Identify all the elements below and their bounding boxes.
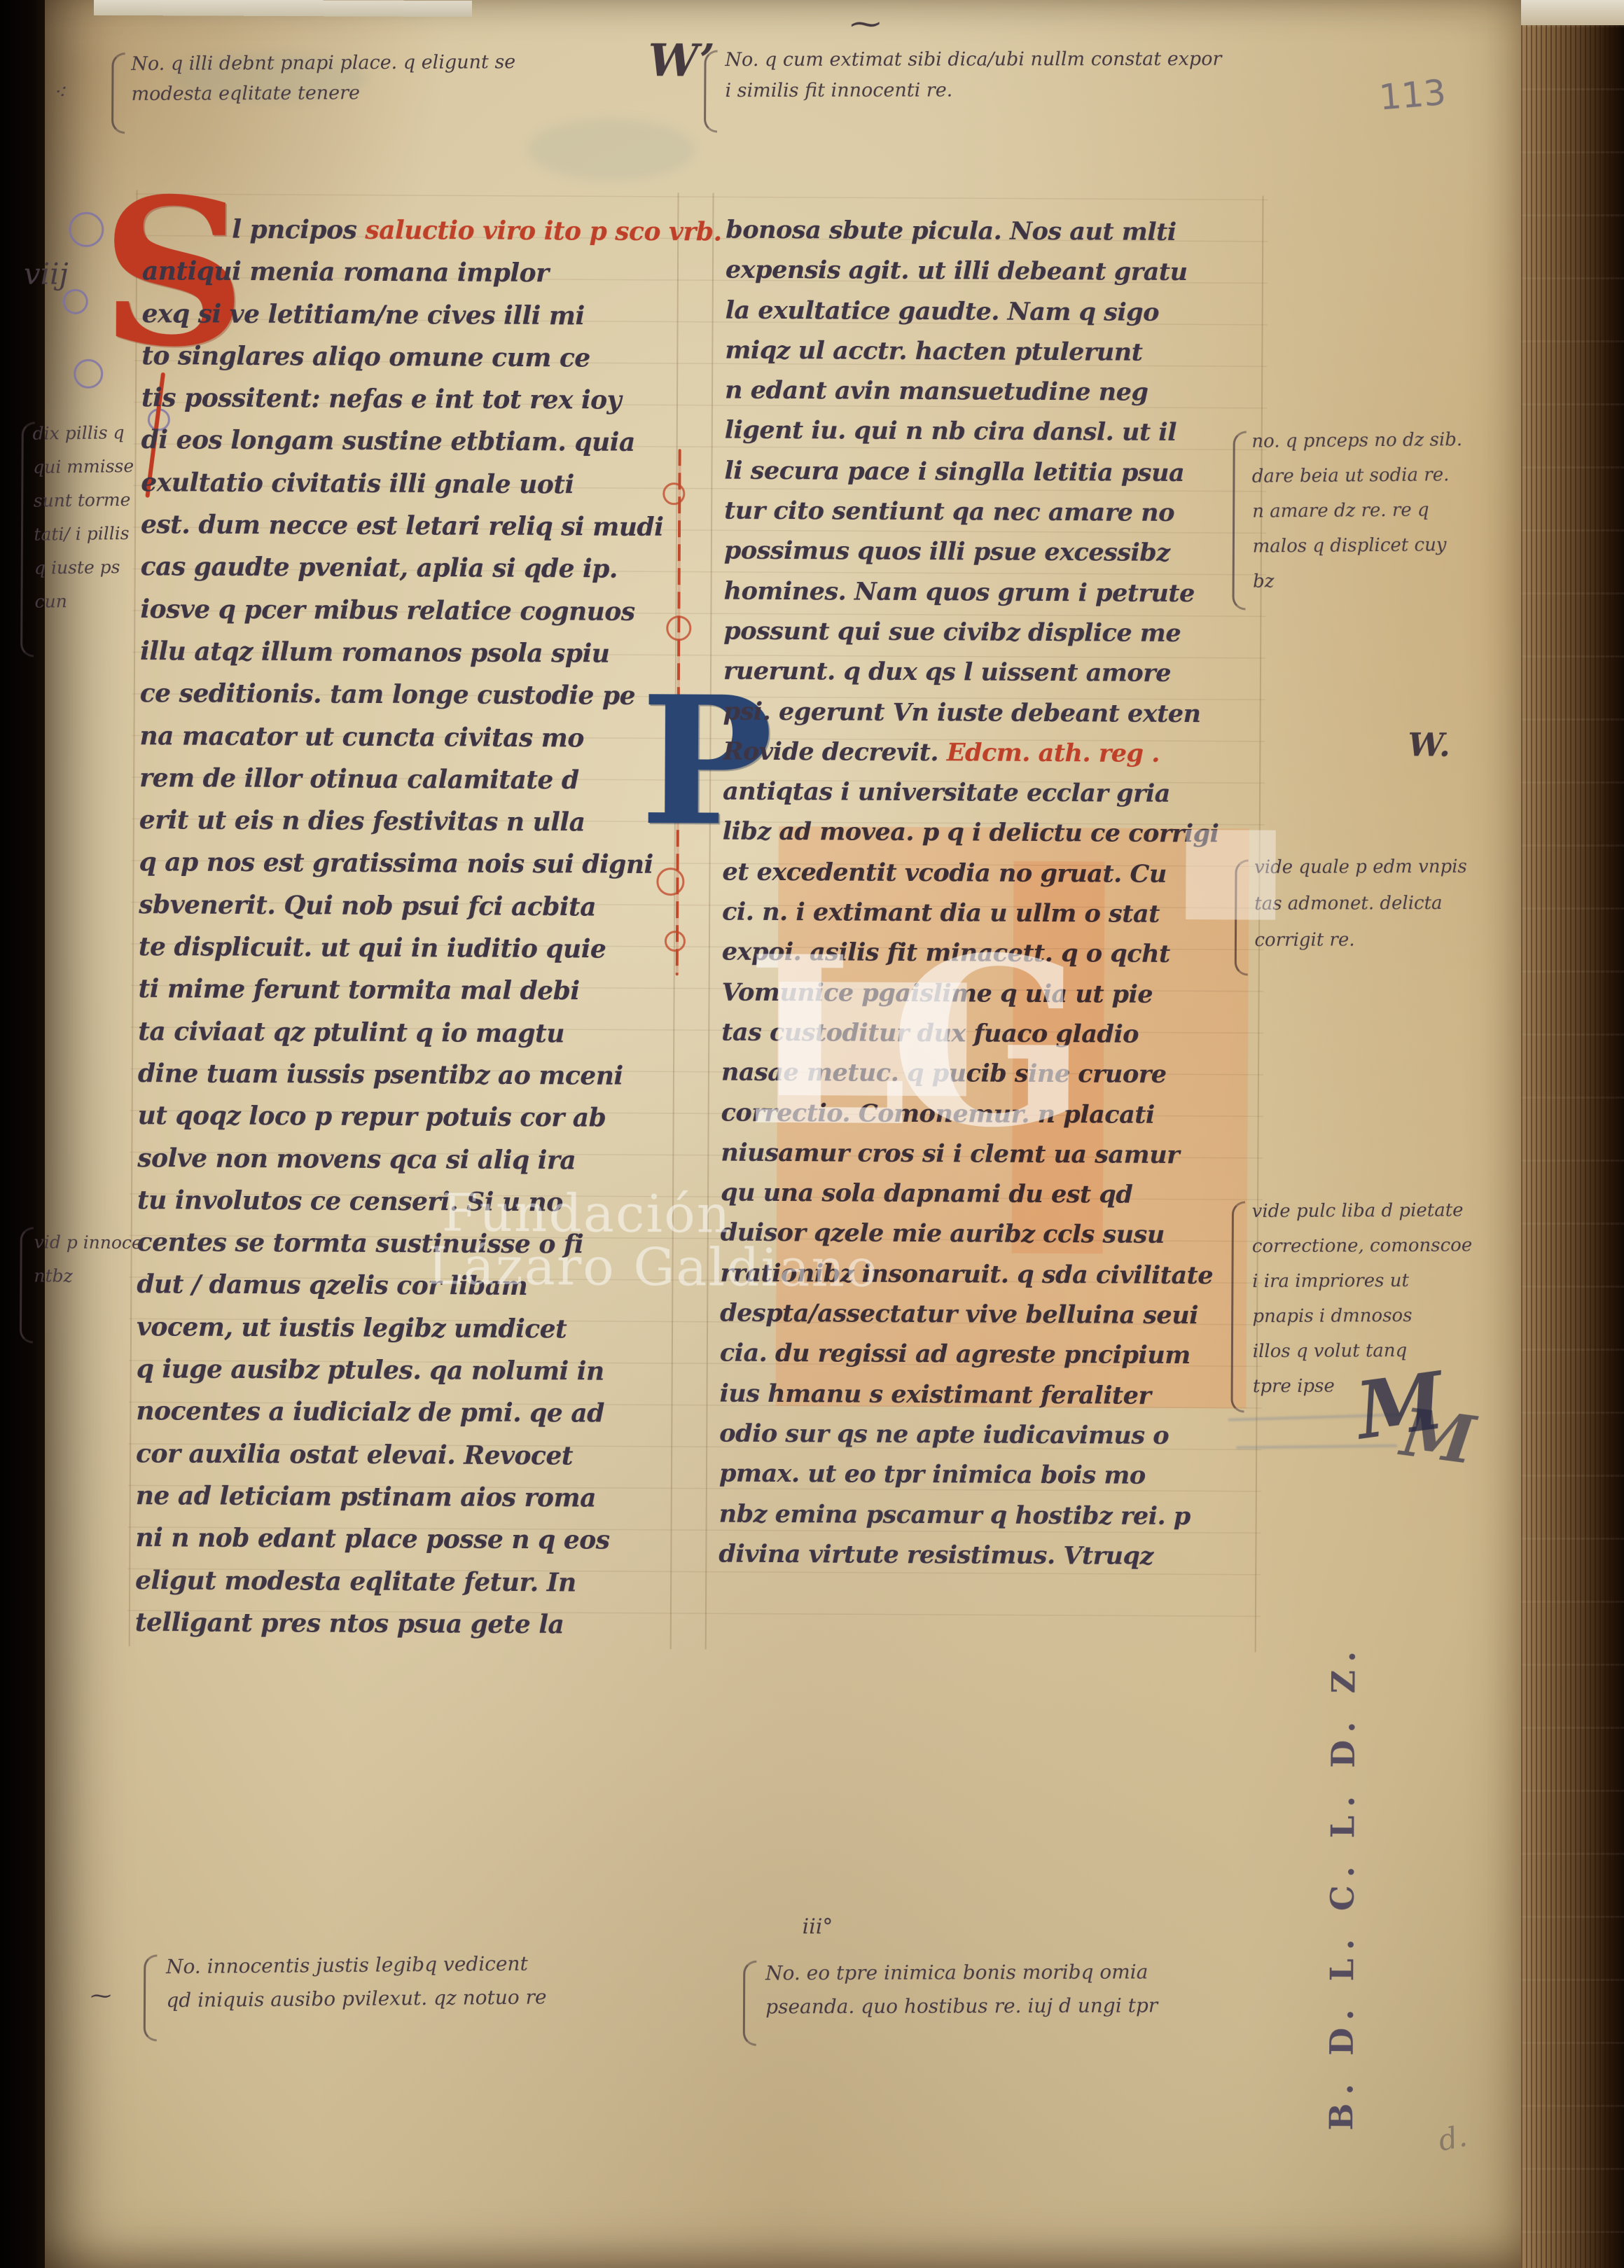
text-line: erit ut eis n dies festivitas n ulla [139, 799, 682, 844]
text-line: antiqui menia romana implor [142, 251, 685, 295]
text-line: ius hmanu s existimant feraliter [719, 1373, 1258, 1416]
filigree-ornament [666, 615, 691, 641]
left-margin-note-2: vid p innocentbz [34, 1225, 142, 1293]
footer-bracket [144, 1954, 158, 2041]
text-line: dut / damus qzelis cor libam [137, 1264, 679, 1309]
text-line: psi. egerunt Vn iuste debeant exten [723, 691, 1263, 734]
footer-center-mark: iii° [803, 1914, 833, 1939]
margin-bracket [1232, 431, 1246, 610]
text-line: correctio. Comonemur. n placati [721, 1092, 1261, 1135]
quire-mark: viij [24, 256, 69, 291]
text-line: ligent iu. qui n nb cira dansl. ut il [725, 410, 1264, 453]
page-edge-top-sliver [1521, 0, 1624, 27]
text-line: nbz emina pscamur q hostibz rei. p [719, 1494, 1258, 1536]
edge-stamp-inscription: B. D. L. C. L. D. Z. [1322, 1620, 1367, 2152]
text-column-2: bonosa sbute picula. Nos aut mltiexpensi… [719, 210, 1265, 1577]
text-line: ni n nob edant place posse n q eos [135, 1517, 678, 1561]
text-line: libz ad movea. p q i delictu ce corrigi [723, 812, 1262, 854]
margin-bracket [1235, 859, 1249, 975]
text-line: iosve q pcer mibus relatice cognuos [140, 588, 683, 633]
text-line: tur cito sentiunt qa nec amare no [724, 491, 1263, 534]
adjacent-page-edge [94, 0, 472, 17]
text-line: bonosa sbute picula. Nos aut mlti [726, 210, 1265, 253]
header-left-note: No. q illi debnt pnapi place. q eligunt … [131, 47, 515, 109]
text-line: sbvenerit. Qui nob psui fci acbita [139, 884, 681, 928]
text-line: di eos longam sustine etbtiam. quia [141, 419, 684, 464]
rubric-heading: Edcm. ath. reg . [947, 738, 1160, 768]
filigree-ornament [69, 212, 104, 247]
text-line: possimus quos illi psue excessibz [724, 531, 1263, 573]
text-line: divina virtute resistimus. Vtruqz [719, 1533, 1258, 1576]
folio-number: 113 [1377, 72, 1448, 118]
text-line: possunt qui sue civibz displice me [723, 611, 1263, 654]
text-line: expensis agit. ut illi debeant gratu [726, 250, 1265, 293]
text-line: pmax. ut eo tpr inimica bois mo [719, 1454, 1258, 1496]
text-line: ut qoqz loco p repur potuis cor ab [137, 1094, 680, 1139]
text-line: centes se tormta sustinuisse o fi [137, 1221, 680, 1266]
filigree-ornament [662, 482, 685, 505]
text-line: cor auxilia ostat elevai. Revocet [136, 1433, 679, 1477]
corner-pencil-mark: d. [1435, 2118, 1469, 2157]
text-line: ci. n. i extimant dia u ullm o stat [722, 892, 1261, 935]
text-line: Vomunice pgaislime q uia ut pie [721, 972, 1261, 1015]
text-line: nocentes a iudicialz de pmi. qe ad [136, 1390, 679, 1435]
text-line: illu atqz illum romanos psola spiu [140, 630, 683, 675]
monogram-doodle: M [1397, 1394, 1479, 1480]
text-line: tis possitent: nefas e int tot rex ioy [141, 377, 684, 422]
text-line: exq si ve letitiam/ne cives illi mi [141, 293, 684, 338]
text-line: odio sur qs ne apte iudicavimus o [719, 1413, 1258, 1456]
ink-bleed-stain [527, 118, 695, 181]
text-line: solve non movens qca si aliq ira [137, 1137, 680, 1182]
text-line: nasae metuc. q pucib sine cruore [721, 1052, 1261, 1095]
footer-left-note: No. innocentis justis legibq vedicentqd … [166, 1947, 547, 2017]
text-line: niusamur cros si i clemt ua samur [721, 1132, 1260, 1175]
text-line: est. dum necce est letari reliq si mudi [141, 503, 683, 548]
header-left-bracket [111, 53, 125, 134]
margin-bracket [1230, 1201, 1245, 1412]
text-line: antiqtas i universitate ecclar gria [723, 772, 1262, 814]
header-right-bracket [704, 50, 718, 132]
text-column-1: l pncipos saluctio viro ito p sco vrb. a… [135, 208, 686, 1646]
right-margin-note-1: no. q pnceps no dz sib.dare beia ut sodi… [1251, 422, 1464, 599]
text-line: cia. du regissi ad agreste pncipium [720, 1333, 1259, 1376]
text-line: eligut modesta eqlitate fetur. In [135, 1559, 678, 1604]
header-left-tick: ⁖ [53, 81, 65, 105]
text-line: expoi. asilis fit minacett. q o qcht [722, 932, 1261, 975]
text-line: dine tuam iussis psentibz ao mceni [138, 1052, 681, 1097]
text-line: ce seditionis. tam longe custodie pe [140, 672, 683, 717]
text-line: miqz ul acctr. hacten ptulerunt [725, 330, 1264, 373]
text-line: vocem, ut iustis legibz umdicet [137, 1306, 679, 1351]
incipit-line: l pncipos saluctio viro ito p sco vrb. [142, 208, 685, 253]
left-margin-note-1: dix pillis qqui mmissesunt tormetati/ i … [32, 416, 135, 619]
text-line: cas gaudte pveniat, aplia si qde ip. [141, 546, 683, 591]
filigree-ornament [63, 289, 88, 314]
text-line: q ap nos est gratissima nois sui digni [139, 842, 681, 886]
header-tilde-mark: ⁓ [850, 6, 881, 41]
margin-bracket [20, 1227, 34, 1343]
text-line: rrationibz insonaruit. q sda civilitate [720, 1253, 1259, 1295]
text-line: despta/assectatur vive belluina seui [720, 1293, 1259, 1336]
text-line: n edant avin mansuetudine neg [725, 370, 1264, 413]
footer-left-tick: ⁓ [90, 1984, 111, 2008]
chapter-heading-line: Rovide decrevit. Edcm. ath. reg . [723, 731, 1262, 774]
text-line: ti mime ferunt tormita mal debi [138, 968, 681, 1013]
rubric-text: saluctio viro ito p sco vrb. [365, 216, 721, 247]
filigree-ornament [74, 359, 103, 389]
text-line: tu involutos ce censeri. Si u no [137, 1179, 680, 1224]
text-line: duisor qzele mie auribz ccls susu [721, 1213, 1260, 1255]
page-edge-stack [1521, 25, 1624, 2268]
text-line: telligant pres ntos psua gete la [135, 1601, 678, 1646]
filigree-ornament [665, 931, 686, 952]
text-line: to singlares aliqo omune cum ce [141, 335, 684, 380]
text-line: q iuge ausibz ptules. qa nolumi in [137, 1348, 679, 1393]
text-line: la exultatice gaudte. Nam q sigo [726, 290, 1265, 333]
manuscript-page: ⁖ No. q illi debnt pnapi place. q eligun… [45, 0, 1522, 2268]
text-line: na macator ut cuncta civitas mo [139, 715, 682, 760]
header-right-note: No. q cum extimat sibi dica/ubi nullm co… [725, 44, 1221, 106]
text-line: qu una sola dapnami du est qd [721, 1173, 1260, 1216]
text-line: li secura pace i singlla letitia psua [724, 450, 1263, 493]
right-margin-note-2: vide quale p edm vnpistas admonet. delic… [1254, 849, 1467, 959]
text-line: ruerunt. q dux qs l uissent amore [723, 651, 1263, 694]
text-line: homines. Nam quos grum i petrute [723, 571, 1263, 613]
text-line: tas custoditur dux fuaco gladio [721, 1012, 1261, 1055]
footer-bracket [743, 1961, 757, 2046]
footer-right-note: No. eo tpre inimica bonis moribq omiapse… [765, 1955, 1158, 2024]
text-line: ta civiaat qz ptulint q io magtu [138, 1010, 681, 1055]
text-line: ne ad leticiam pstinam aios roma [136, 1475, 679, 1519]
text-line: exultatio civitatis illi gnale uoti [141, 461, 683, 506]
manuscript-photo: ⁖ No. q illi debnt pnapi place. q eligun… [0, 0, 1624, 2268]
text-line: rem de illor otinua calamitate d [139, 757, 682, 802]
text-line: te displicuit. ut qui in iuditio quie [139, 926, 681, 970]
text-line: et excedentit vcodia no gruat. Cu [722, 851, 1261, 894]
right-margin-w-mark: W. [1408, 726, 1450, 764]
